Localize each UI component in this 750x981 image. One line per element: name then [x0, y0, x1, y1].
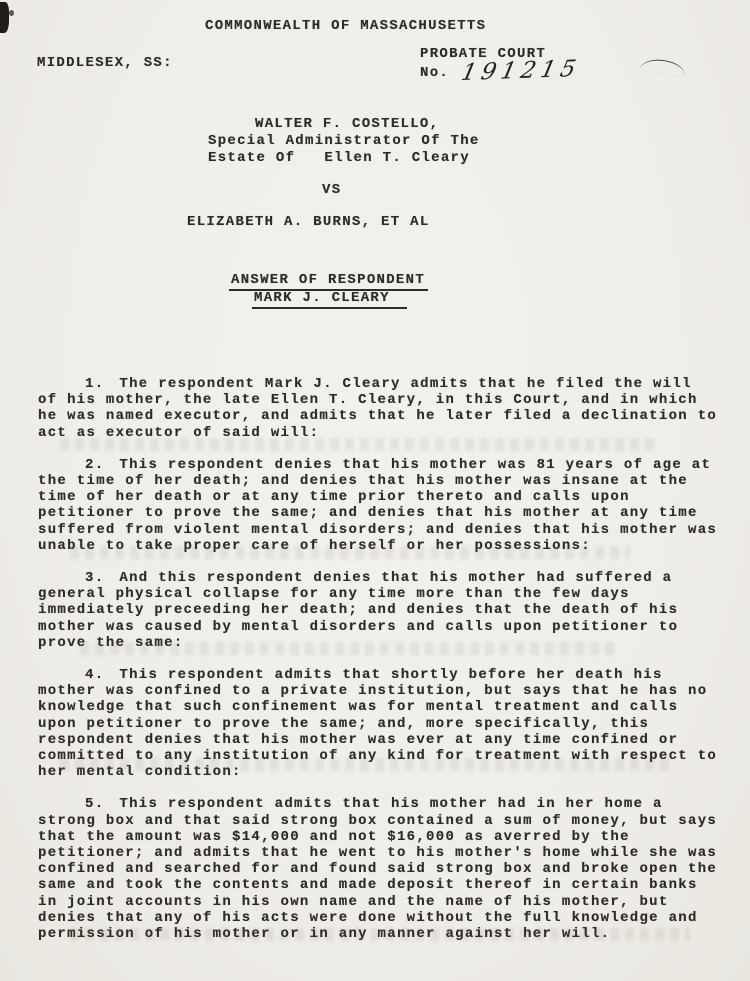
case-number-label: No. [420, 65, 449, 81]
paragraph-3-text: And this respondent denies that his moth… [38, 570, 678, 651]
case-number-handwritten: 191215 [459, 58, 583, 85]
document-title-line2: MARK J. CLEARY [252, 290, 407, 309]
paragraph-3: 3.And this respondent denies that his mo… [38, 570, 719, 651]
paragraph-3-number: 3. [85, 570, 119, 586]
paragraph-4-number: 4. [85, 667, 119, 683]
bleedthrough-artifact [70, 928, 690, 941]
paragraph-2-number: 2. [85, 457, 119, 473]
bleedthrough-artifact [60, 758, 670, 771]
scanned-document-page: COMMONWEALTH OF MASSACHUSETTS MIDDLESEX,… [0, 0, 750, 981]
county-line: MIDDLESEX, SS: [37, 55, 173, 71]
handwriting-flourish [639, 57, 686, 76]
scan-edge-artifact [0, 2, 9, 33]
estate-line: Estate Of Ellen T. Cleary [208, 150, 470, 166]
petitioner-name: WALTER F. COSTELLO, [255, 116, 439, 132]
paragraph-1-number: 1. [85, 376, 119, 392]
paragraph-2-text: This respondent denies that his mother w… [38, 457, 717, 554]
document-title-line1: ANSWER OF RESPONDENT [229, 272, 428, 291]
scan-speck-artifact [9, 10, 14, 16]
paragraph-2: 2.This respondent denies that his mother… [38, 457, 719, 554]
document-body: 1.The respondent Mark J. Cleary admits t… [38, 376, 719, 958]
case-number-line: No.191215 [420, 62, 577, 92]
paragraph-1: 1.The respondent Mark J. Cleary admits t… [38, 376, 719, 441]
bleedthrough-artifact [60, 438, 660, 451]
versus-label: VS [322, 182, 341, 198]
bleedthrough-artifact [80, 642, 620, 655]
paragraph-1-text: The respondent Mark J. Cleary admits tha… [38, 376, 717, 441]
paragraph-5-text: This respondent admits that his mother h… [38, 796, 717, 942]
bleedthrough-artifact [70, 546, 630, 559]
paragraph-5-number: 5. [85, 796, 119, 812]
paragraph-5: 5.This respondent admits that his mother… [38, 796, 719, 942]
petitioner-role-line: Special Administrator Of The [208, 133, 480, 149]
commonwealth-heading: COMMONWEALTH OF MASSACHUSETTS [205, 18, 486, 34]
respondent-name: ELIZABETH A. BURNS, ET AL [187, 214, 430, 230]
